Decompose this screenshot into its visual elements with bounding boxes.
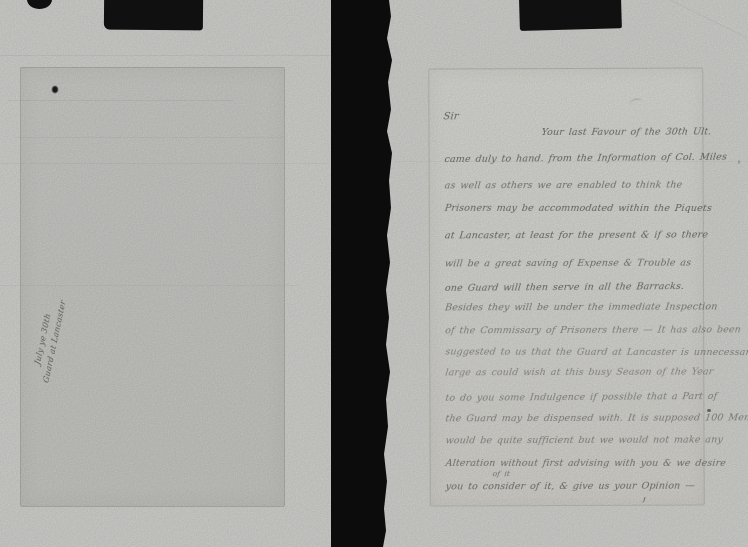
stray-ink-mark [629,97,645,109]
interlineation: of it [492,469,511,478]
letter-line: Alteration without first advising with y… [445,458,727,469]
scan-streak [14,137,284,138]
scan-streak [0,55,330,56]
blank-verso-page: July ye 30th Guard at Lancaster [20,67,285,507]
letter-line: you to consider of it, & give us your Op… [445,481,695,493]
letter-line: large as could wish at this busy Season … [445,366,714,378]
mounting-tab-right [519,0,622,31]
letter-line: will be a great saving of Expense & Trou… [444,258,692,270]
microfilm-scan: July ye 30th Guard at Lancaster Sir Your… [0,0,748,547]
ink-blot [52,86,58,93]
letter-line: Besides they will be under the immediate… [444,301,718,313]
letter-recto-page: Sir Your last Favour of the 30th Ult. ca… [428,68,705,507]
film-splice-bar [331,0,393,547]
scan-streak [394,161,748,162]
scan-streak [0,285,300,286]
letter-line: would be quite sufficient but we would n… [445,434,724,446]
letter-opening-line: Your last Favour of the 30th Ult. [541,126,712,138]
letter-line: came duly to hand. from the Information … [444,152,728,165]
letter-line: of the Commissary of Prisoners there — I… [444,324,741,336]
letter-line: at Lancaster, at least for the present &… [444,230,709,242]
dust-speck [707,409,711,412]
letter-line: Prisoners may be accommodated within the… [444,203,712,214]
letter-line: as well as others we are enabled to thin… [444,180,683,192]
letter-salutation: Sir [443,111,460,122]
flourish-mark [640,496,645,503]
corner-notch [27,0,52,9]
letter-line: the Guard may be dispensed with. It is s… [445,412,748,424]
mounting-tab-left [104,0,203,30]
crease-mark [654,0,748,45]
letter-line: to do you some Indulgence if possible th… [445,391,718,404]
docket-inscription: July ye 30th Guard at Lancaster [22,265,83,418]
letter-line: one Guard will then serve in all the Bar… [444,281,684,294]
dust-speck [738,160,740,164]
scan-streak [8,100,233,101]
letter-line: suggested to us that the Guard at Lancas… [445,347,748,359]
letter-body: came duly to hand. from the Information … [429,69,702,70]
scan-streak [0,163,330,164]
